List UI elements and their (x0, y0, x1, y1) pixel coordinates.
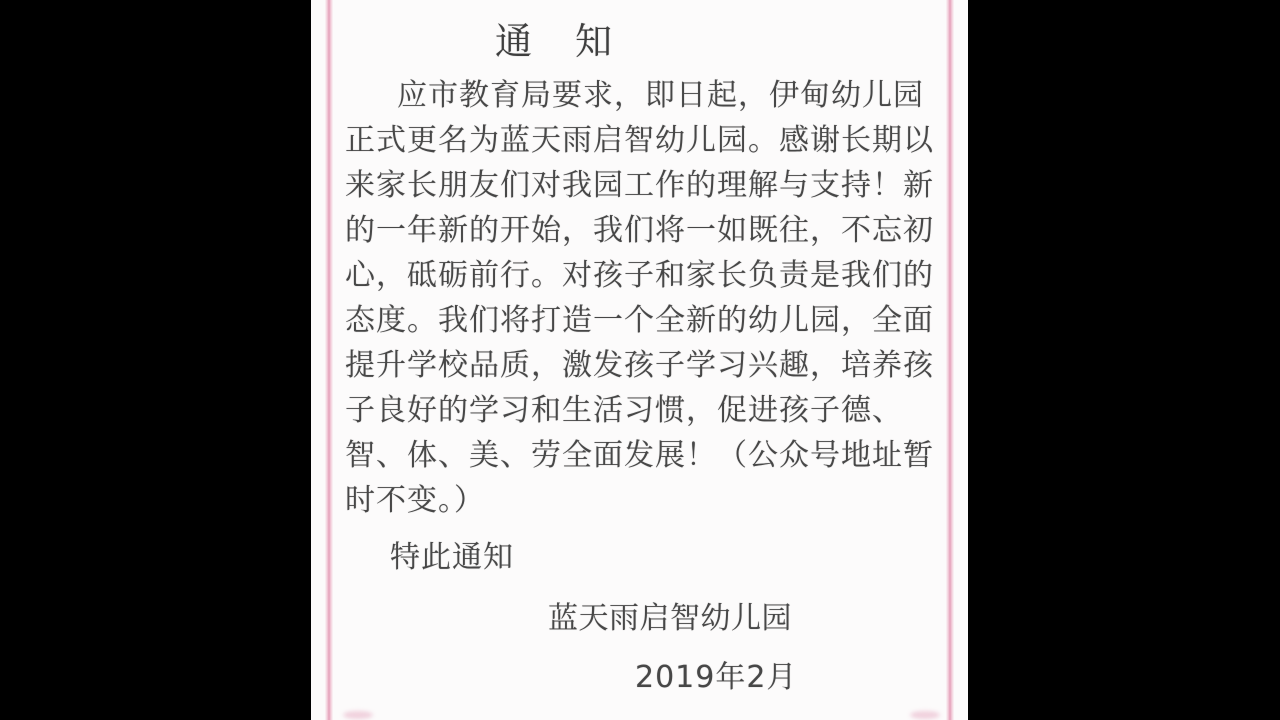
notice-closing: 特此通知 (345, 535, 514, 580)
notice-body-line: 来家长朋友们对我园工作的理解与支持！新 (345, 163, 934, 208)
pink-corner-smudge-right (910, 711, 940, 719)
notice-body: 应市教育局要求，即日起，伊甸幼儿园 正式更名为蓝天雨启智幼儿园。感谢长期以 来家… (345, 73, 934, 523)
notice-body-line: 子良好的学习和生活习惯，促进孩子德、 (345, 388, 934, 433)
notice-body-line: 智、体、美、劳全面发展！（公众号地址暂 (345, 433, 934, 478)
notice-body-line: 心，砥砺前行。对孩子和家长负责是我们的 (345, 253, 934, 298)
pink-border-left (325, 0, 333, 720)
letterbox-left (0, 0, 311, 720)
notice-body-line: 态度。我们将打造一个全新的幼儿园，全面 (345, 298, 934, 343)
pink-corner-smudge-left (343, 711, 373, 719)
letterbox-right (968, 0, 1280, 720)
notice-signature: 蓝天雨启智幼儿园 (548, 596, 792, 641)
notice-body-line: 应市教育局要求，即日起，伊甸幼儿园 (345, 73, 934, 118)
notice-body-line: 提升学校品质，激发孩子学习兴趣，培养孩 (345, 343, 934, 388)
screenshot-root: 通 知 应市教育局要求，即日起，伊甸幼儿园 正式更名为蓝天雨启智幼儿园。感谢长期… (0, 0, 1280, 720)
notice-body-line: 正式更名为蓝天雨启智幼儿园。感谢长期以 (345, 118, 934, 163)
pink-border-right (946, 0, 954, 720)
notice-title: 通 知 (495, 22, 615, 62)
notice-paper: 通 知 应市教育局要求，即日起，伊甸幼儿园 正式更名为蓝天雨启智幼儿园。感谢长期… (311, 0, 968, 720)
notice-body-line: 的一年新的开始，我们将一如既往，不忘初 (345, 208, 934, 253)
notice-date: 2019年2月 (635, 655, 797, 700)
notice-body-line: 时不变。） (345, 478, 934, 523)
